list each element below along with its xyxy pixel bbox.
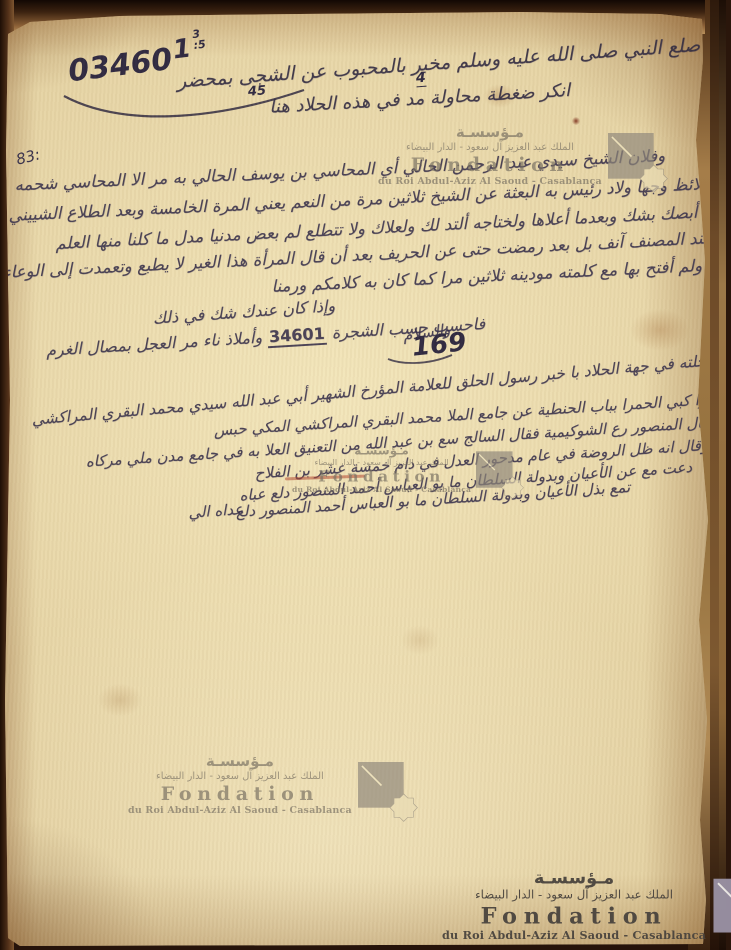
- handwriting-line: والسلام: [389, 320, 451, 346]
- shelf-number-fraction: 3 :5: [192, 28, 207, 51]
- watermark-text: مـؤسسـة الملك عبد العزيز آل سعود - الدار…: [128, 753, 352, 817]
- foundation-arabic-subtitle: الملك عبد العزيز آل سعود - الدار البيضاء: [314, 458, 448, 468]
- foundation-arabic-subtitle: الملك عبد العزيز آل سعود - الدار البيضاء: [156, 771, 324, 783]
- handwriting-line: كلند المصنف آنف بل بعد رمضت حتى عن الحري…: [10, 228, 716, 281]
- foundation-latin-subtitle: du Roi Abdul-Aziz Al Saoud - Casablanca: [378, 176, 602, 187]
- foundation-arabic-title: مـؤسسـة: [456, 124, 524, 141]
- ink-flourish: [60, 86, 310, 130]
- foundation-latin-title: Fondation: [318, 468, 445, 485]
- watermark-text: مـؤسسـة الملك عبد العزيز آل سعود - الدار…: [378, 124, 602, 188]
- handwriting-line: فاحسب حسب الشجرة 34601 وأملاذ ناء مر الع…: [55, 314, 485, 359]
- foundation-latin-title: Fondation: [161, 784, 319, 805]
- handwriting-line: لا أبصك بشك وبعدما أعلاها ولختاجه ألتد ل…: [12, 202, 712, 255]
- foundation-arabic-title: مـؤسسـة: [534, 868, 614, 887]
- handwriting-line: انكر ضغطة محاولة مد في هذه الحلاد هنا: [130, 80, 570, 126]
- watermark-text: مـؤسسـة الملك عبد العزيز آل سعود - الدار…: [292, 444, 471, 495]
- watermark-foundation-middle: مـؤسسـة الملك عبد العزيز آل سعود - الدار…: [292, 444, 525, 501]
- handwriting-line: عداه الي: [148, 500, 244, 525]
- foundation-latin-subtitle: du Roi Abdul-Aziz Al Saoud - Casablanca: [292, 486, 471, 495]
- watermark-foundation-bottom-left: مـؤسسـة الملك عبد العزيز آل سعود - الدار…: [128, 753, 420, 824]
- interline-number: 45: [247, 83, 266, 99]
- folio-number: 169: [411, 327, 468, 363]
- handwriting-line: صلع النبي صلى الله عليه وسلم مخبر بالمحب…: [250, 34, 700, 87]
- book-fore-edge: [710, 0, 719, 950]
- foundation-arabic-subtitle: الملك عبد العزيز آل سعود - الدار البيضاء: [475, 889, 673, 903]
- foundation-latin-subtitle: du Roi Abdul-Aziz Al Saoud - Casablanca: [442, 930, 706, 943]
- ink-flourish: [386, 352, 456, 368]
- book-fore-edge: [719, 0, 726, 950]
- handwriting-line: وسجلته في جهة الحلاد با خبر رسول الحلق ل…: [196, 350, 728, 414]
- watermark-foundation-top: مـؤسسـة الملك عبد العزيز آل سعود - الدار…: [378, 124, 670, 195]
- handwriting-line: وإذا كان عندك شك في ذلك: [75, 296, 336, 333]
- shelf-number-main: 03460: [66, 42, 174, 89]
- foundation-arabic-subtitle: الملك عبد العزيز آل سعود - الدار البيضاء: [406, 142, 574, 154]
- document-scan: 03460 1 3 :5 صلع النبي صلى الله عليه وسل…: [0, 0, 731, 950]
- foundation-logo-icon: [713, 879, 731, 950]
- watermark-text: مـؤسسـة الملك عبد العزيز آل سعود - الدار…: [442, 868, 706, 943]
- shelf-number: 03460 1 3 :5: [66, 38, 209, 90]
- inserted-number: 4: [415, 70, 426, 88]
- margin-number: 83:: [14, 145, 42, 168]
- book-fore-edge: [726, 0, 731, 950]
- foundation-logo-icon: [608, 133, 670, 195]
- foundation-latin-title: Fondation: [481, 904, 668, 929]
- foundation-arabic-title: مـؤسسـة: [206, 753, 274, 770]
- handwriting-line: ولم أفتح بها مع كلمته مودينه ثلاثين مرا …: [12, 256, 702, 309]
- foundation-latin-subtitle: du Roi Abdul-Aziz Al Saoud - Casablanca: [128, 805, 352, 816]
- watermark-foundation-bottom-right: مـؤسسـة الملك عبد العزيز آل سعود - الدار…: [442, 868, 731, 950]
- foundation-logo-icon: [476, 451, 526, 501]
- foundation-logo-icon: [358, 762, 420, 824]
- shelf-number-suffix: 1: [171, 34, 193, 66]
- foundation-latin-title: Fondation: [411, 155, 569, 176]
- underlined-number: 34601: [266, 324, 327, 349]
- foundation-arabic-title: مـؤسسـة: [354, 444, 408, 457]
